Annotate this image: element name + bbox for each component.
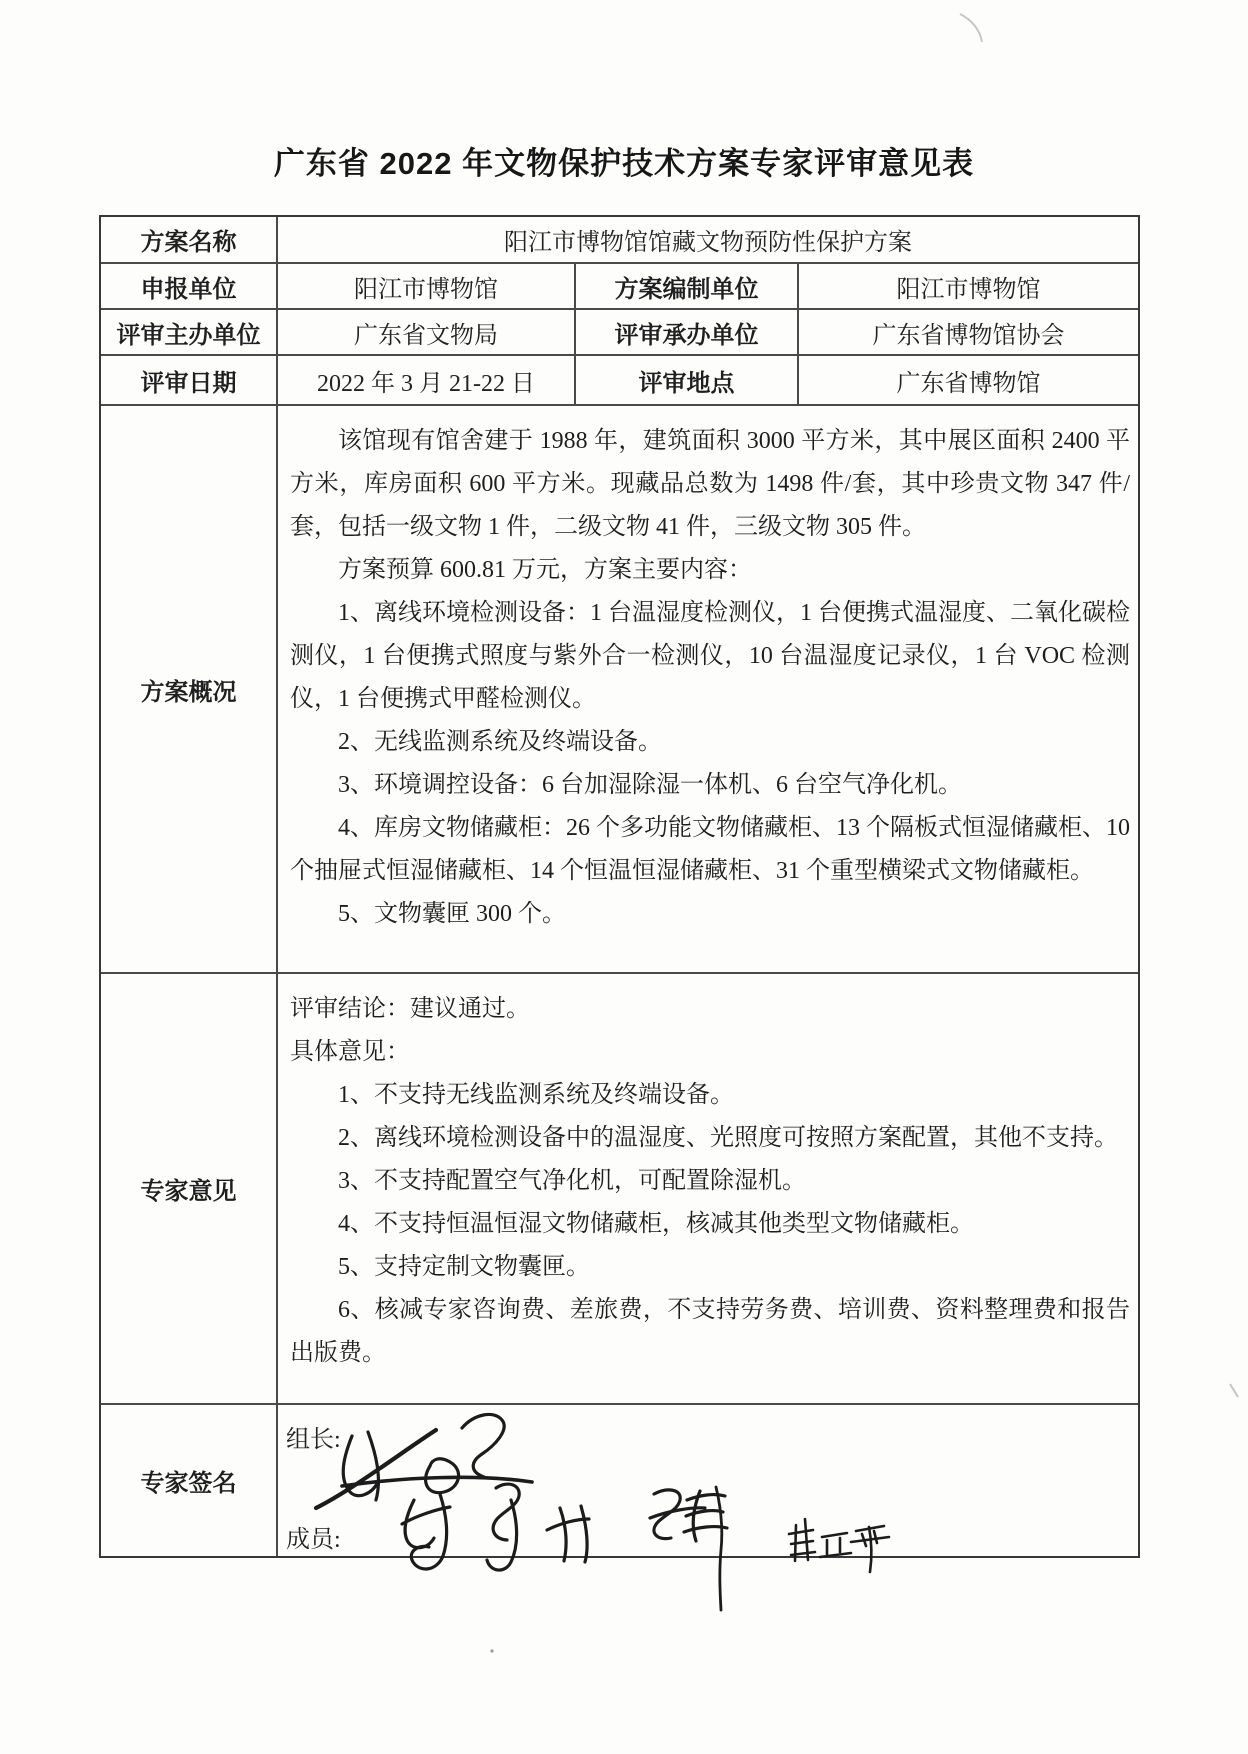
scanned-document-page: 广东省 2022 年文物保护技术方案专家评审意见表 方案名称 阳江市博物馆馆藏文… [0,0,1248,1754]
row-applicant-label: 申报单位 [101,264,276,308]
page-title: 广东省 2022 年文物保护技术方案专家评审意见表 [0,138,1248,183]
row-opinions-label: 专家意见 [101,974,276,1403]
row-plan-author-label: 方案编制单位 [576,264,797,308]
review-place-value: 广东省博物馆 [799,356,1138,404]
overview-paragraph: 该馆现有馆舍建于 1988 年，建筑面积 3000 平方米，其中展区面积 240… [290,420,1130,549]
row-review-organizer-label: 评审承办单位 [576,310,797,354]
opinions-content: 评审结论：建议通过。 具体意见： 1、不支持无线监测系统及终端设备。 2、离线环… [278,974,1138,1403]
member-label: 成员: [286,1519,341,1554]
overview-paragraph: 方案预算 600.81 万元，方案主要内容： [290,549,1130,592]
overview-paragraph: 2、无线监测系统及终端设备。 [290,721,1130,764]
opinion-paragraph: 2、离线环境检测设备中的温湿度、光照度可按照方案配置，其他不支持。 [290,1117,1130,1160]
review-organizer-value: 广东省博物馆协会 [799,310,1138,354]
overview-paragraph: 4、库房文物储藏柜：26 个多功能文物储藏柜、13 个隔板式恒湿储藏柜、10 个… [290,807,1130,893]
opinion-paragraph: 评审结论：建议通过。 [290,988,1130,1031]
plan-name-value: 阳江市博物馆馆藏文物预防性保护方案 [278,217,1138,262]
row-review-date-label: 评审日期 [101,356,276,404]
opinion-paragraph: 4、不支持恒温恒湿文物储藏柜，核减其他类型文物储藏柜。 [290,1203,1130,1246]
row-signatures-label: 专家签名 [101,1405,276,1556]
opinion-paragraph: 5、支持定制文物囊匣。 [290,1246,1130,1289]
overview-paragraph: 5、文物囊匣 300 个。 [290,893,1130,936]
overview-paragraph: 3、环境调控设备：6 台加湿除湿一体机、6 台空气净化机。 [290,764,1130,807]
row-overview-label: 方案概况 [101,406,276,972]
opinion-paragraph: 3、不支持配置空气净化机，可配置除湿机。 [290,1160,1130,1203]
leader-label: 组长: [286,1419,341,1454]
review-date-value: 2022 年 3 月 21-22 日 [278,356,574,404]
row-plan-name-label: 方案名称 [101,217,276,262]
applicant-value: 阳江市博物馆 [278,264,574,308]
review-host-value: 广东省文物局 [278,310,574,354]
row-review-place-label: 评审地点 [576,356,797,404]
opinion-paragraph: 1、不支持无线监测系统及终端设备。 [290,1074,1130,1117]
plan-author-value: 阳江市博物馆 [799,264,1138,308]
signatures-cell: 组长: 成员: [278,1405,1138,1556]
opinion-paragraph: 具体意见： [290,1031,1130,1074]
opinion-paragraph: 6、核减专家咨询费、差旅费，不支持劳务费、培训费、资料整理费和报告出版费。 [290,1289,1130,1375]
review-table: 方案名称 阳江市博物馆馆藏文物预防性保护方案 申报单位 阳江市博物馆 方案编制单… [99,215,1140,1558]
overview-paragraph: 1、离线环境检测设备：1 台温湿度检测仪，1 台便携式温湿度、二氧化碳检测仪，1… [290,592,1130,721]
row-review-host-label: 评审主办单位 [101,310,276,354]
overview-content: 该馆现有馆舍建于 1988 年，建筑面积 3000 平方米，其中展区面积 240… [278,406,1138,972]
